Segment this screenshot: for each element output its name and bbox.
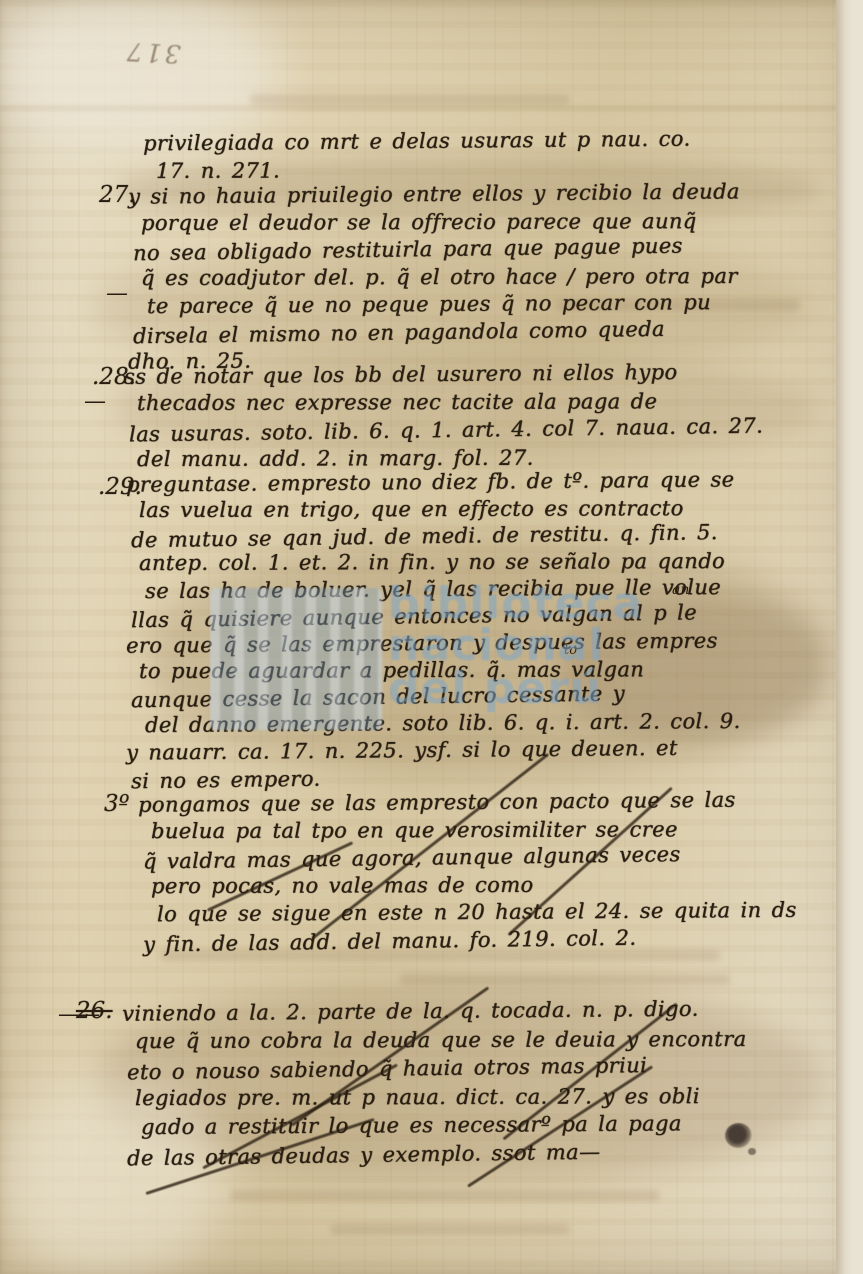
manuscript-line: ero que q̃ se las emprestaron y despues … <box>126 627 741 659</box>
manuscript-line: preguntase. empresto uno diez fb. de tº.… <box>126 466 741 498</box>
interlinear-note: to <box>564 644 577 657</box>
paper-fold-line <box>0 106 863 110</box>
bleedthrough-mark <box>330 1224 570 1235</box>
manuscript-line: antep. col. 1. et. 2. in fin. y no se se… <box>139 548 741 577</box>
margin-dash-mark: — <box>106 283 128 305</box>
bleedthrough-mark <box>230 1190 660 1201</box>
paragraph-header: privilegiada co mrt e delas usuras ut p … <box>143 127 690 185</box>
page-edge <box>836 0 863 1274</box>
folio-number-mark: 317 <box>123 39 181 67</box>
bleedthrough-mark <box>250 94 570 105</box>
interlinear-note: an <box>672 583 689 597</box>
manuscript-line: pero pocas, no vale mas de como <box>151 870 797 900</box>
manuscript-line: legiados pre. m. ut p naua. dict. ca. 27… <box>135 1082 747 1113</box>
margin-dash-mark: —— <box>58 1004 98 1026</box>
manuscript-line: q̃ es coadjutor del. p. q̃ el otro hace … <box>141 262 740 292</box>
ink-speck <box>748 1148 756 1155</box>
paragraph-28: ss de notar que los bb del usurero ni el… <box>124 360 763 472</box>
manuscript-line: privilegiada co mrt e delas usuras ut p … <box>143 125 691 159</box>
manuscript-line: y si no hauia priuilegio entre ellos y r… <box>128 178 740 211</box>
bleedthrough-mark <box>400 974 730 985</box>
paragraph-27: y si no hauia priuilegio entre ellos y r… <box>128 181 740 374</box>
manuscript-page: 317 27. .28. .29. 3º 26. — — —— privileg… <box>0 0 863 1274</box>
paragraph-29: preguntase. empresto uno diez fb. de tº.… <box>126 469 741 791</box>
manuscript-line: ss de notar que los bb del usurero ni el… <box>124 357 763 391</box>
margin-dash-mark: — <box>84 391 106 413</box>
margin-number-30: 3º <box>104 793 129 816</box>
ink-blot <box>725 1123 752 1148</box>
